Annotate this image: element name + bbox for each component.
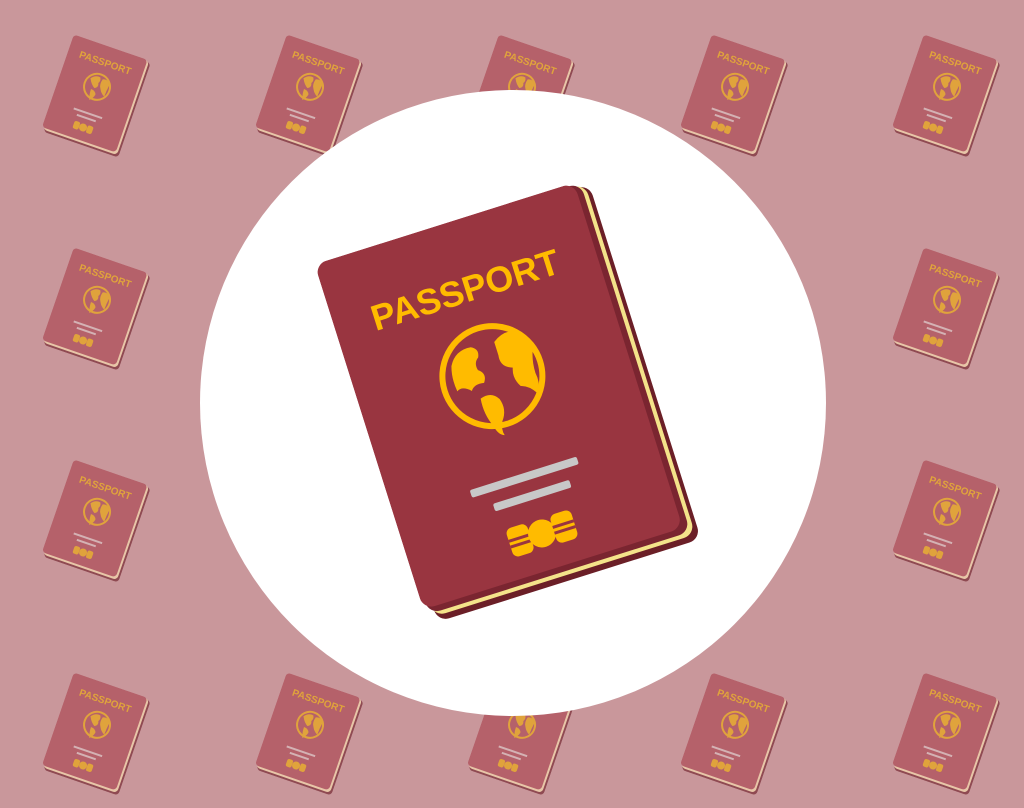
pattern-passport-icon: PASSPORT bbox=[253, 672, 364, 795]
pattern-passport-icon: PASSPORT bbox=[891, 459, 1002, 582]
pattern-passport-icon: PASSPORT bbox=[41, 672, 152, 795]
pattern-passport-icon: PASSPORT bbox=[41, 459, 152, 582]
pattern-passport-icon: PASSPORT bbox=[41, 34, 152, 157]
pattern-passport-icon: PASSPORT bbox=[891, 34, 1002, 157]
pattern-passport-icon: PASSPORT bbox=[41, 247, 152, 370]
pattern-passport-icon: PASSPORT bbox=[678, 672, 789, 795]
pattern-passport-icon: PASSPORT bbox=[891, 672, 1002, 795]
illustration-scene: PASSPORT PASSPORT PASSPORT bbox=[0, 0, 1024, 808]
pattern-passport-icon: PASSPORT bbox=[678, 34, 789, 157]
pattern-passport-icon: PASSPORT bbox=[891, 247, 1002, 370]
